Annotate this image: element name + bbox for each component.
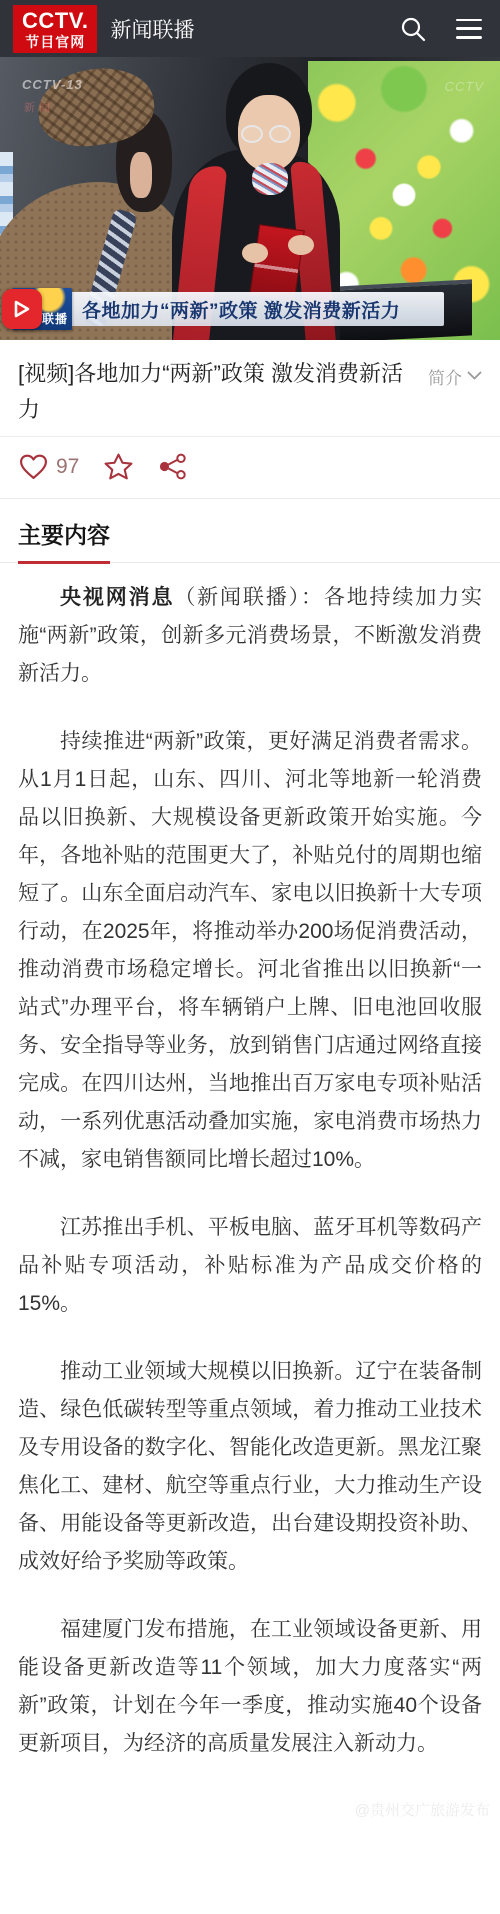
action-bar: 97	[0, 437, 500, 498]
video-person-right-hand	[288, 235, 314, 255]
channel-watermark: CCTV-13	[22, 77, 83, 92]
video-person-right-scarf	[252, 163, 288, 195]
bottom-watermark: @贵州交广旅游发布	[0, 1799, 500, 1826]
heart-icon	[18, 452, 49, 481]
channel-watermark-tag: 新闻	[24, 99, 54, 115]
video-player[interactable]: CCTV-13 新闻 CCTV 联播 各地加力“两新”政策 激发消费新活力	[0, 57, 500, 340]
caption-text: 各地加力“两新”政策 激发消费新活力	[82, 296, 400, 323]
summary-toggle[interactable]: 简介	[428, 364, 482, 388]
app-header: CCTV. 节目官网 新闻联播	[0, 0, 500, 57]
like-button[interactable]: 97	[18, 452, 79, 481]
corner-watermark: CCTV	[445, 79, 484, 94]
section-header: 主要内容	[0, 499, 500, 563]
share-button[interactable]	[158, 453, 188, 480]
article-paragraph: 福建厦门发布措施，在工业领域设备更新、用能设备更新改造等11个领域，加大力度落实…	[18, 1611, 482, 1763]
star-favorite-button[interactable]	[103, 452, 134, 481]
video-person-right-glasses	[269, 125, 291, 143]
article-title: [视频]各地加力“两新”政策 激发消费新活力	[18, 356, 418, 428]
article-paragraph: 持续推进“两新”政策，更好满足消费者需求。从1月1日起，山东、四川、河北等地新一…	[18, 723, 482, 1179]
caption-strip: 各地加力“两新”政策 激发消费新活力	[68, 292, 444, 326]
article-body: 央视网消息（新闻联播）：各地持续加力实施“两新”政策，创新多元消费场景，不断激发…	[0, 563, 500, 1799]
summary-toggle-label: 简介	[428, 364, 462, 389]
cctv-logo[interactable]: CCTV. 节目官网	[13, 5, 97, 53]
logo-text-official: 节目官网	[25, 35, 85, 49]
section-title: 主要内容	[18, 517, 110, 564]
hamburger-menu-icon[interactable]	[456, 19, 482, 39]
like-count: 97	[56, 455, 79, 479]
lianbo-badge: 联播	[12, 288, 72, 330]
video-person-left-face	[130, 152, 152, 198]
chevron-down-icon	[467, 371, 482, 381]
search-icon[interactable]	[400, 16, 426, 42]
article-paragraph: 推动工业领域大规模以旧换新。辽宁在装备制造、绿色低碳转型等重点领域，着力推动工业…	[18, 1353, 482, 1581]
play-button-icon[interactable]	[2, 289, 42, 329]
video-person-right-glasses	[241, 125, 263, 143]
lead-source-label: 央视网消息	[60, 586, 174, 609]
lianbo-badge-label: 联播	[42, 310, 68, 327]
logo-text-cctv: CCTV.	[22, 10, 88, 32]
video-caption-bar: 联播 各地加力“两新”政策 激发消费新活力	[12, 292, 444, 326]
article-title-row: [视频]各地加力“两新”政策 激发消费新活力 简介	[0, 340, 500, 436]
page-title-header: 新闻联播	[110, 14, 400, 44]
article-paragraph: 江苏推出手机、平板电脑、蓝牙耳机等数码产品补贴专项活动，补贴标准为产品成交价格的…	[18, 1209, 482, 1323]
video-person-right-hand	[242, 243, 268, 263]
article-paragraph-lead: 央视网消息（新闻联播）：各地持续加力实施“两新”政策，创新多元消费场景，不断激发…	[18, 579, 482, 693]
